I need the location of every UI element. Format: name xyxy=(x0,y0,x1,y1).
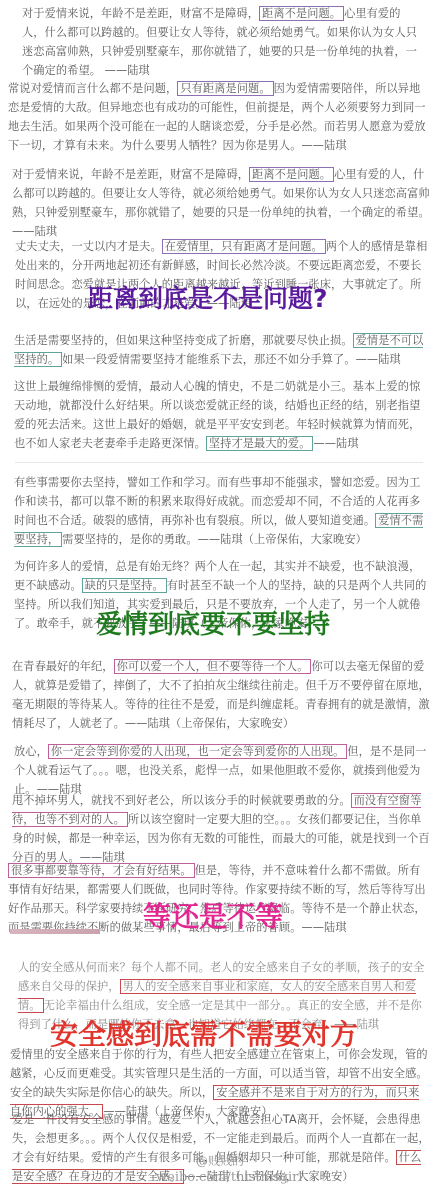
quote-paragraph: 甩不掉坏男人，就找不到好老公，所以该分手的时候就要勇敢的分。而没有空窗等待，也等… xyxy=(12,791,430,867)
watermark-url: weibo.com/thisthisgirl xyxy=(156,1170,303,1185)
quote-text: 生活是需要坚持的，但如果这种坚持变成了折磨，那就要尽快止损。 xyxy=(14,334,353,347)
quote-text: 需要坚持的，是你的勇敢。——陆琪（上帝保佑，大家晚安） xyxy=(62,533,367,546)
quote-paragraph: 这世上最缠绵悱恻的爱情，最动人心魄的情史，不是二奶就是小三。基本上爱的惊天动地，… xyxy=(14,377,429,453)
quote-text: 甩不掉坏男人，就找不到好老公，所以该分手的时候就要勇敢的分。 xyxy=(12,794,351,807)
quote-text: 放心， xyxy=(14,745,48,758)
decorative-bar xyxy=(10,929,100,934)
highlight-box: 缺的只是坚持。 xyxy=(82,578,167,593)
quote-text: 对于爱情来说，年龄不是差距，财富不是障碍， xyxy=(12,168,249,181)
highlight-box: 你可以爱一个人，但不要等待一个人。 xyxy=(114,659,312,674)
quote-text: 有些事需要你去坚持，譬如工作和学习。而有些事却不能强求，譬如恋爱。因为工作和读书… xyxy=(14,476,420,527)
quote-paragraph: 对于爱情来说，年龄不是差距，财富不是障碍，距离不是问题。心里有爱的人，什么都可以… xyxy=(12,165,432,241)
quote-text: 丈夫丈夫，一丈以内才是夫。 xyxy=(15,240,162,253)
divider xyxy=(15,462,423,463)
highlight-box: 距离不是问题。 xyxy=(249,167,334,182)
headline-persist: 爱情到底要不要坚持 xyxy=(96,604,330,641)
highlight-box: 距离不是问题。 xyxy=(259,6,344,21)
headline-wait: 等还是不等 xyxy=(143,895,283,935)
quote-paragraph: 在青春最好的年纪，你可以爱一个人，但不要等待一个人。你可以去毫无保留的爱人，就算… xyxy=(12,657,430,733)
watermark-handle: @贱贱的 xyxy=(196,1152,244,1169)
quote-paragraph: 对于爱情来说，年龄不是差距，财富不是障碍，距离不是问题。心里有爱的人，什么都可以… xyxy=(22,4,422,80)
quote-text: 如果一段爱情需要坚持才能维系下去，那还不如分手算了。——陆琪 xyxy=(62,353,401,366)
quote-paragraph: 生活是需要坚持的，但如果这种坚持变成了折磨，那就要尽快止损。爱情是不可以坚持的。… xyxy=(14,331,429,369)
headline-distance: 距离到底是不是问题? xyxy=(88,279,328,315)
quote-text: 在青春最好的年纪， xyxy=(12,660,114,673)
quote-paragraph: 常说对爱情而言什么都不是问题，只有距离是问题。因为爱情需要陪伴，所以异地恋是爱情… xyxy=(8,79,430,155)
quote-paragraph: 有些事需要你去坚持，譬如工作和学习。而有些事却不能强求，譬如恋爱。因为工作和读书… xyxy=(14,473,429,549)
quote-text: 对于爱情来说，年龄不是差距，财富不是障碍， xyxy=(22,7,259,20)
highlight-box: 在爱情里，只有距离才是问题。 xyxy=(162,239,326,254)
highlight-box: 很多事都要靠等待，才会有好结果。 xyxy=(8,863,195,878)
highlight-box: 坚持才是最大的爱。 xyxy=(206,436,314,451)
highlight-box: 只有距离是问题。 xyxy=(177,81,273,96)
highlight-box: 你一定会等到你爱的人出现，也一定会等到爱你的人出现。 xyxy=(48,744,347,759)
quote-text: 常说对爱情而言什么都不是问题， xyxy=(8,82,177,95)
quote-text: ——陆琪 xyxy=(313,437,358,450)
